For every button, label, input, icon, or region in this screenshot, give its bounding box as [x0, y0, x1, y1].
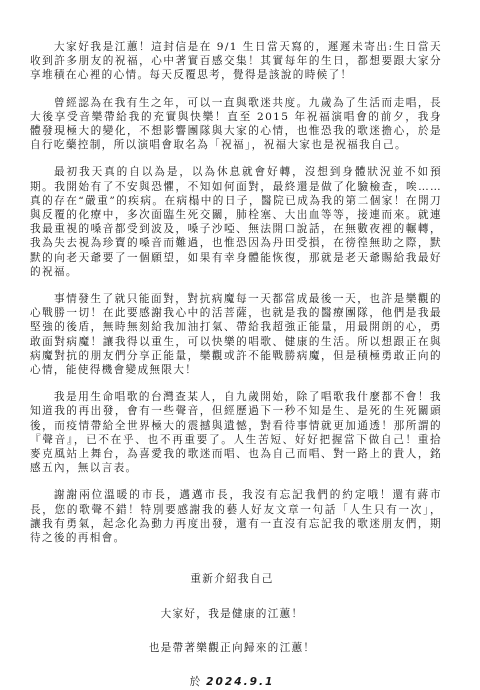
closing-line-1: 大家好，我是健康的江蕙！: [30, 606, 442, 621]
letter-paragraph-4: 事情發生了就只能面對，對抗病魔每一天都當成最後一天，也許是樂觀的心戰勝一切！在此…: [30, 292, 442, 377]
letter-paragraph-3: 最初我天真的自以為是，以為休息就會好轉，沒想到身體狀況並不如預期。我開始有了不安…: [30, 165, 442, 279]
closing-heading: 重新介紹我自己: [30, 571, 442, 586]
letter-paragraph-6: 謝謝兩位溫暖的市長，邁邁市長，我沒有忘記我們的約定哦！還有蔣市長，您的歌聲不錯！…: [30, 488, 442, 545]
letter-paragraph-1: 大家好我是江蕙！這封信是在 9/1 生日當天寫的，遲遲未寄出:生日當天收到許多朋…: [30, 40, 442, 83]
date-value: 2024.9.1: [206, 676, 274, 688]
signature-date: 於 2024.9.1: [30, 674, 442, 689]
date-prefix: 於: [190, 676, 202, 688]
closing-line-2: 也是帶著樂觀正向歸來的江蕙！: [30, 640, 442, 655]
letter-paragraph-2: 曾經認為在我有生之年，可以一直與歌迷共度。九歲為了生活而走唱，長大後享受音樂帶給…: [30, 96, 442, 153]
letter-page: 大家好我是江蕙！這封信是在 9/1 生日當天寫的，遲遲未寄出:生日當天收到許多朋…: [0, 0, 480, 690]
letter-paragraph-5: 我是用生命唱歌的台灣查某人，自九歲開始，除了唱歌我什麼都不會！我知道我的再出發，…: [30, 390, 442, 475]
